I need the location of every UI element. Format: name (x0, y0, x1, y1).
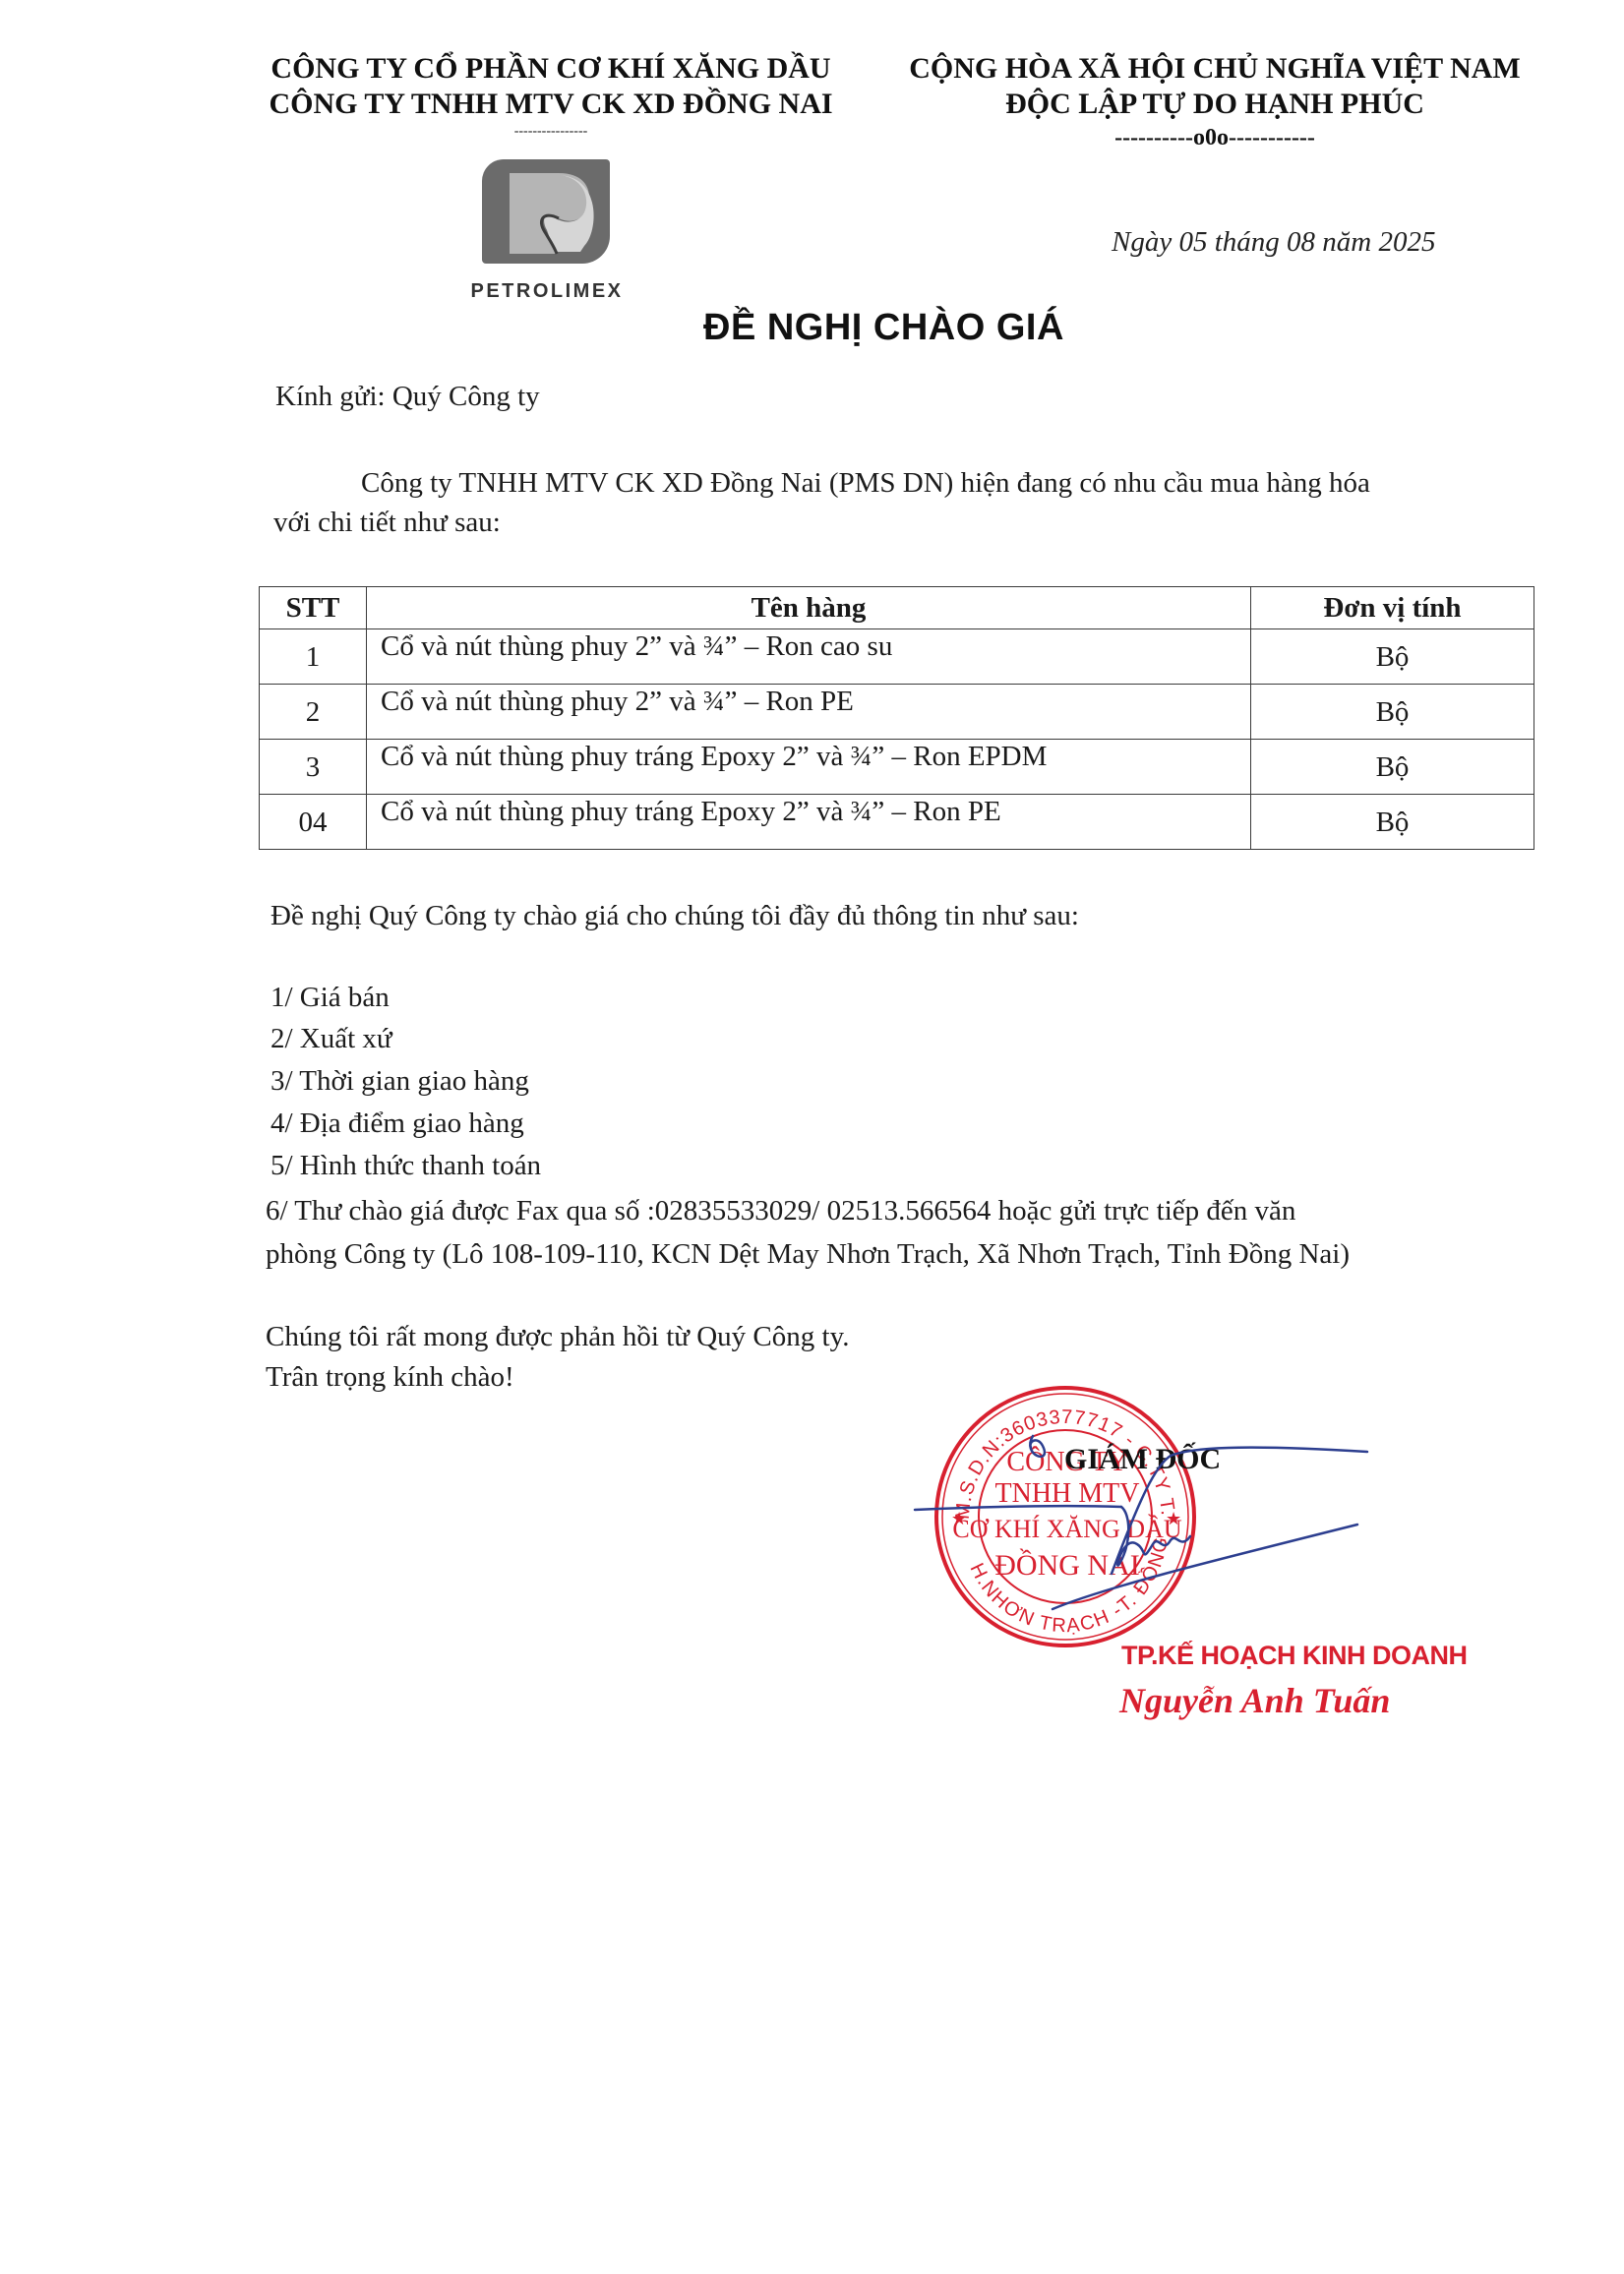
table-row: 3 Cổ và nút thùng phuy tráng Epoxy 2” và… (260, 740, 1534, 795)
petrolimex-logo-icon (482, 159, 610, 264)
table-row: 2 Cổ và nút thùng phuy 2” và ¾” – Ron PE… (260, 685, 1534, 740)
salutation: Kính gửi: Quý Công ty (275, 380, 540, 413)
row-stt: 1 (260, 629, 366, 674)
col-header-stt: STT (260, 587, 367, 629)
header-right: CỘNG HÒA XÃ HỘI CHỦ NGHĨA VIỆT NAM ĐỘC L… (875, 51, 1554, 153)
company-name: CÔNG TY TNHH MTV CK XD ĐỒNG NAI (246, 87, 856, 122)
items-table: STT Tên hàng Đơn vị tính 1 Cổ và nút thù… (259, 586, 1534, 850)
table-row: 1 Cổ và nút thùng phuy 2” và ¾” – Ron ca… (260, 629, 1534, 685)
table-header-row: STT Tên hàng Đơn vị tính (260, 587, 1534, 629)
signer-title: TP.KẾ HOẠCH KINH DOANH (1121, 1641, 1468, 1671)
table-row: 04 Cổ và nút thùng phuy tráng Epoxy 2” v… (260, 795, 1534, 850)
requirement-item: 5/ Hình thức thanh toán (271, 1149, 541, 1182)
row-unit: Bộ (1251, 629, 1534, 674)
header-left-separator: ---------------- (246, 122, 856, 142)
row-stt: 2 (260, 685, 366, 729)
intro-line2: với chi tiết như sau: (273, 506, 501, 539)
row-unit: Bộ (1251, 795, 1534, 839)
col-header-unit: Đơn vị tính (1251, 587, 1534, 629)
requirement-item: 4/ Địa điểm giao hàng (271, 1107, 524, 1140)
row-unit: Bộ (1251, 685, 1534, 729)
requirement-item: 3/ Thời gian giao hàng (271, 1064, 529, 1098)
document-date: Ngày 05 tháng 08 năm 2025 (1112, 226, 1435, 259)
row-name: Cổ và nút thùng phuy tráng Epoxy 2” và ¾… (367, 795, 1250, 828)
requirement-item: 6/ Thư chào giá được Fax qua số :0283553… (266, 1194, 1295, 1227)
intro-line1: Công ty TNHH MTV CK XD Đồng Nai (PMS DN)… (361, 466, 1370, 500)
handwritten-signature-icon (905, 1416, 1377, 1613)
row-name: Cổ và nút thùng phuy 2” và ¾” – Ron cao … (367, 629, 1250, 663)
requirement-item: 2/ Xuất xứ (271, 1022, 392, 1055)
header-left: CÔNG TY CỔ PHẦN CƠ KHÍ XĂNG DẦU CÔNG TY … (246, 51, 856, 142)
requirement-item: phòng Công ty (Lô 108-109-110, KCN Dệt M… (266, 1237, 1350, 1271)
row-stt: 04 (260, 795, 366, 839)
row-name: Cổ và nút thùng phuy 2” và ¾” – Ron PE (367, 685, 1250, 718)
national-motto-line1: CỘNG HÒA XÃ HỘI CHỦ NGHĨA VIỆT NAM (875, 51, 1554, 87)
header-right-separator: ----------o0o----------- (875, 122, 1554, 153)
closing-line2: Trân trọng kính chào! (266, 1360, 514, 1394)
requirement-item: 1/ Giá bán (271, 981, 390, 1014)
row-stt: 3 (260, 740, 366, 784)
document-title: ĐỀ NGHỊ CHÀO GIÁ (703, 307, 1064, 349)
row-unit: Bộ (1251, 740, 1534, 784)
closing-line1: Chúng tôi rất mong được phản hồi từ Quý … (266, 1320, 849, 1353)
request-intro: Đề nghị Quý Công ty chào giá cho chúng t… (271, 899, 1079, 932)
row-name: Cổ và nút thùng phuy tráng Epoxy 2” và ¾… (367, 740, 1250, 773)
signer-name: Nguyễn Anh Tuấn (1119, 1680, 1390, 1721)
company-parent-name: CÔNG TY CỔ PHẦN CƠ KHÍ XĂNG DẦU (246, 51, 856, 87)
col-header-name: Tên hàng (367, 587, 1251, 629)
logo-label: PETROLIMEX (451, 280, 643, 303)
national-motto-line2: ĐỘC LẬP TỰ DO HẠNH PHÚC (875, 87, 1554, 122)
